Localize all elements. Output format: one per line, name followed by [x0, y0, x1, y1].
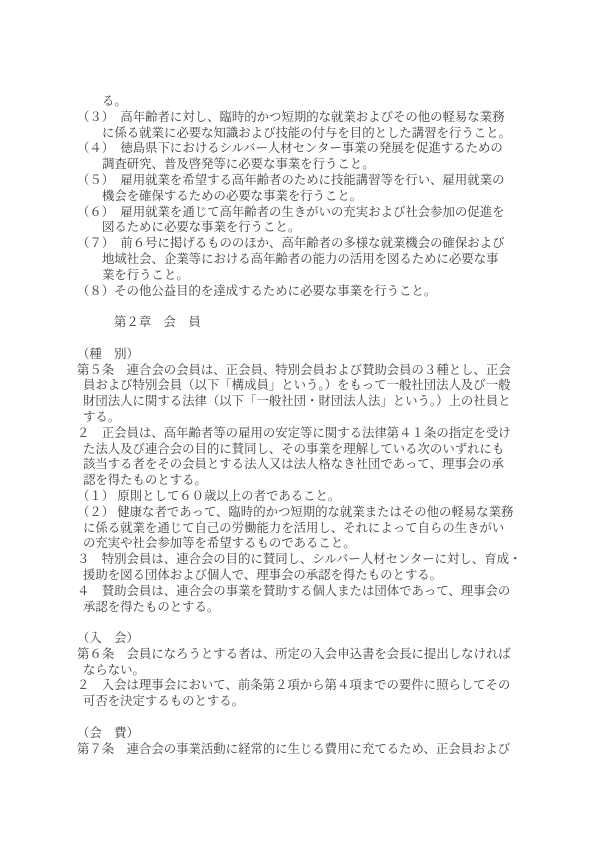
line-continuation: に係る就業を通じて自己の労働能力を活用し、それによって自らの生きがい	[83, 521, 523, 537]
line-continuation: 図るために必要な事業を行うこと。	[102, 220, 523, 236]
line-continuation: た法人及び連合会の目的に賛同し、その事業を理解している次のいずれにも	[83, 442, 523, 458]
line-item: （２） 健康な者であって、臨時的かつ短期的な就業またはその他の軽易な業務	[77, 505, 523, 521]
blank-line	[77, 710, 523, 726]
line-continuation: 可否を決定するものとする。	[83, 694, 523, 710]
line-item: （４） 徳島県下におけるシルバー人材センター事業の発展を促進するための	[77, 141, 523, 157]
line-continuation: の充実や社会参加等を希望するものであること。	[83, 536, 523, 552]
line-continuation: 承認を得たものとする。	[83, 600, 523, 616]
line-item: （６） 雇用就業を通じて高年齢者の生きがいの充実および社会参加の促進を	[77, 205, 523, 221]
line-article: 第７条 連合会の事業活動に経常的に生じる費用に充てるため、正会員および	[77, 742, 523, 758]
line-section-label: （会 費）	[77, 726, 523, 742]
line-continuation: 地域社会、企業等における高年齢者の能力の活用を図るために必要な事	[102, 252, 523, 268]
line-continuation: に係る就業に必要な知識および技能の付与を目的とした講習を行うこと。	[102, 126, 523, 142]
line-item: （５） 雇用就業を希望する高年齢者のために技能講習等を行い、雇用就業の	[77, 173, 523, 189]
line-section-label: （種 別）	[77, 347, 523, 363]
line-continuation: 業を行うこと。	[102, 268, 523, 284]
line-item: （１） 原則として６０歳以上の者であること。	[77, 489, 523, 505]
line-continuation: 該当する者をその会員とする法人又は法人格なき社団であって、理事会の承	[83, 457, 523, 473]
line-continuation: 援助を図る団体および個人で、理事会の承認を得たものとする。	[83, 568, 523, 584]
document-page: る。（３） 高年齢者に対し、臨時的かつ短期的な就業およびその他の軽易な業務に係る…	[77, 94, 523, 757]
line-continuation: 調査研究、普及啓発等に必要な事業を行うこと。	[102, 157, 523, 173]
blank-line	[77, 299, 523, 315]
line-continuation: 財団法人に関する法律（以下「一般社団・財団法人法」という。）上の社員と	[83, 394, 523, 410]
blank-line	[77, 331, 523, 347]
line-paragraph: ２ 入会は理事会において、前条第２項から第４項までの要件に照らしてその	[77, 678, 523, 694]
line-item: （８）その他公益目的を達成するために必要な事業を行うこと。	[77, 284, 523, 300]
line-continuation: 機会を確保するための必要な事業を行うこと。	[102, 189, 523, 205]
line-continuation: ならない。	[83, 663, 523, 679]
line-paragraph: ２ 正会員は、高年齢者等の雇用の安定等に関する法律第４１条の指定を受け	[77, 426, 523, 442]
line-continuation: 認を得たものとする。	[83, 473, 523, 489]
line-item: （３） 高年齢者に対し、臨時的かつ短期的な就業およびその他の軽易な業務	[77, 110, 523, 126]
blank-line	[77, 615, 523, 631]
line-paragraph: ３ 特別会員は、連合会の目的に賛同し、シルバー人材センターに対し、育成・	[77, 552, 523, 568]
line-continuation: る。	[102, 94, 523, 110]
line-item: （７） 前６号に掲げるもののほか、高年齢者の多様な就業機会の確保および	[77, 236, 523, 252]
line-article: 第６条 会員になろうとする者は、所定の入会申込書を会長に提出しなければ	[77, 647, 523, 663]
line-section-label: （入 会）	[77, 631, 523, 647]
line-article: 第５条 連合会の会員は、正会員、特別会員および賛助会員の３種とし、正会	[77, 363, 523, 379]
line-chapter-heading: 第２章 会 員	[114, 315, 523, 331]
line-continuation: 員および特別会員（以下「構成員」という。）をもって一般社団法人及び一般	[83, 378, 523, 394]
line-paragraph: ４ 賛助会員は、連合会の事業を賛助する個人または団体であって、理事会の	[77, 584, 523, 600]
line-continuation: する。	[83, 410, 523, 426]
